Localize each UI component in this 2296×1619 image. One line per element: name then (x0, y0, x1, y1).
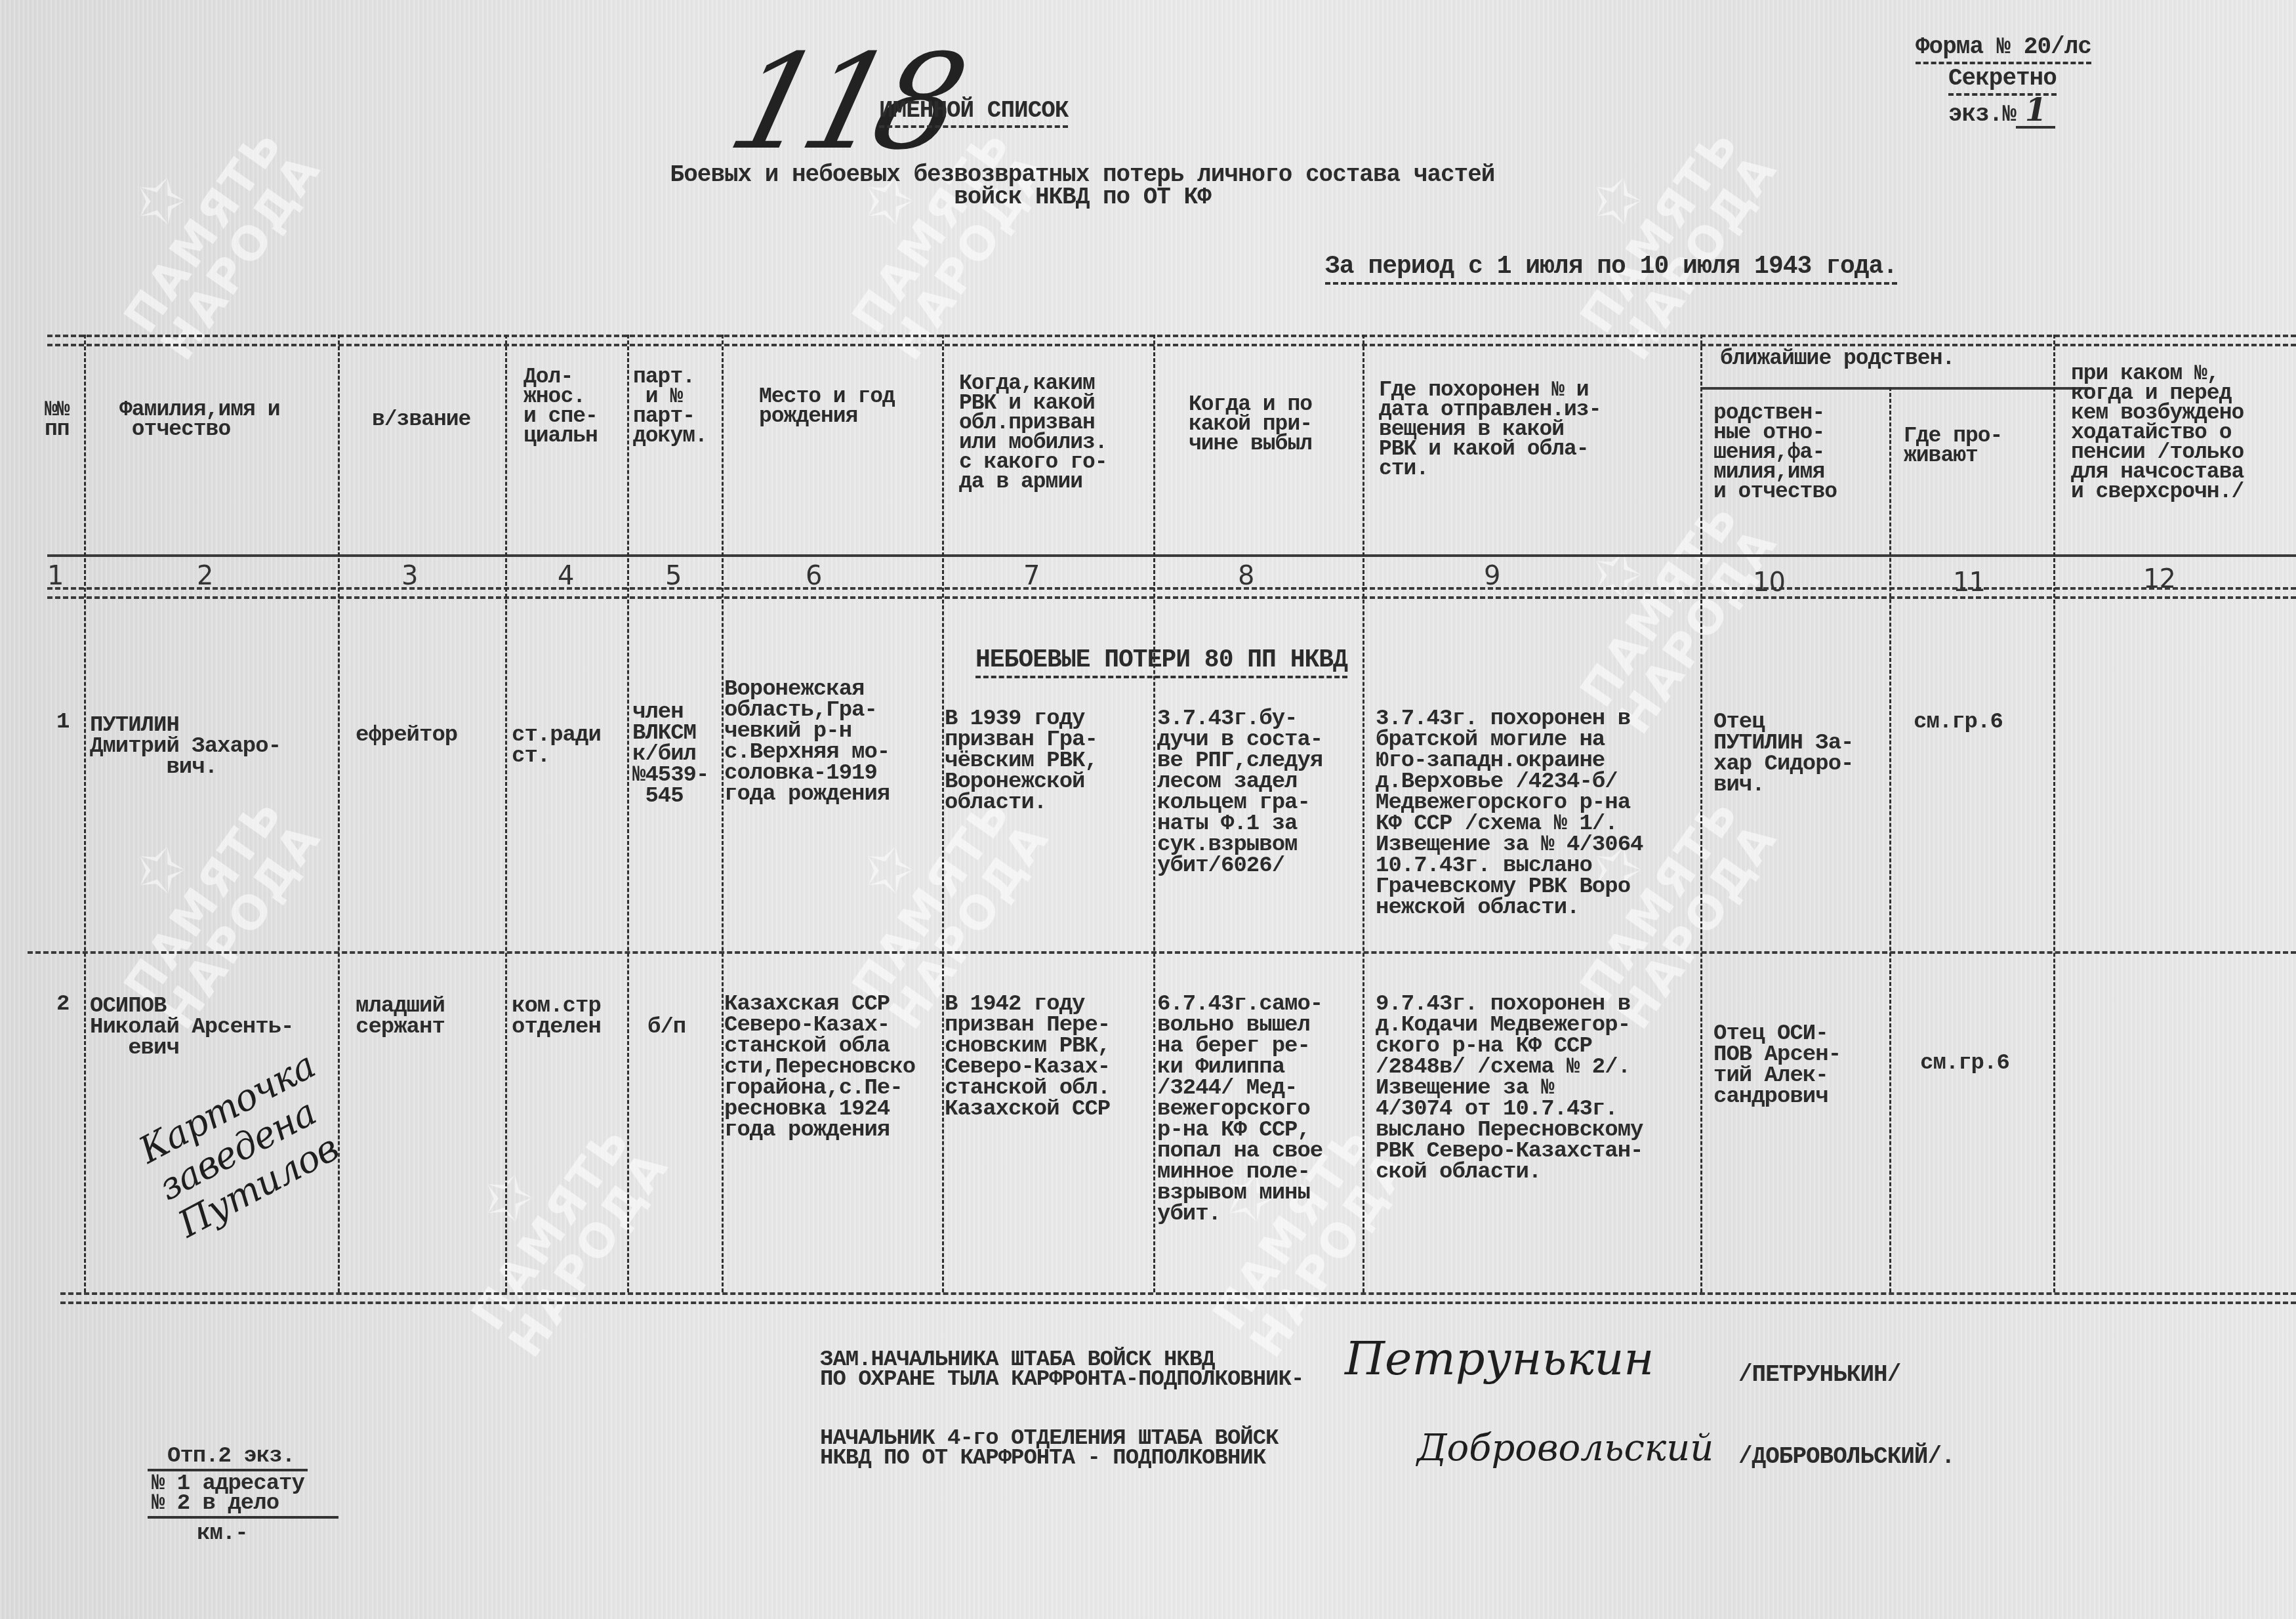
col-number: 4 (558, 561, 573, 591)
watermark: ✩ПАМЯТЬНАРОДА (1524, 85, 1784, 367)
col-number: 3 (401, 561, 417, 591)
handwritten-note: Карточка заведена Путилов (133, 1044, 361, 1246)
row-burial: 9.7.43г. похоронен в д.Кодачи Медвежегор… (1376, 994, 1643, 1183)
row-number: 2 (56, 994, 69, 1015)
star-icon: ✩ (68, 85, 253, 315)
row-position: ком.стр отделен (512, 996, 601, 1038)
distribution-items: № 1 адресату № 2 в дело (148, 1471, 338, 1519)
form-number: Форма № 20/лс (1916, 33, 2091, 64)
row-drafted: В 1939 году призван Гра- чёвским РВК, Во… (945, 708, 1097, 813)
row-residence: см.гр.6 (1914, 712, 2003, 733)
form-block: Форма № 20/лс Секретно экз.№1 (1916, 31, 2091, 131)
row-drafted: В 1942 году призван Пере- сновским РВК, … (945, 994, 1110, 1120)
col-header-number: №№ пп (45, 400, 70, 440)
row-number: 1 (56, 712, 69, 733)
col-header-relative: родствен- ные отно- шения,фа- милия,имя … (1713, 403, 1837, 502)
column-divider (2053, 335, 2055, 1292)
row-reason: 6.7.43г.само- вольно вышел на берег ре- … (1157, 994, 1322, 1225)
distribution-head: Отп.2 экз. (148, 1446, 308, 1471)
col-number: 8 (1238, 561, 1254, 591)
col-header-party: парт. и № парт- докум. (633, 367, 707, 446)
column-divider (1363, 335, 1364, 1292)
table-top-rule (47, 335, 2296, 346)
signer1-signature: Петрунькин (1345, 1332, 1654, 1385)
row-rank: ефрейтор (356, 725, 457, 746)
col-number: 11 (1953, 567, 1985, 598)
column-divider (1153, 335, 1155, 1292)
col-number: 10 (1753, 567, 1785, 598)
row-party: б/п (647, 1017, 686, 1038)
document-title: ИМЕННОЙ СПИСОК (879, 97, 1068, 128)
row-reason: 3.7.43г.бу- дучи в соста- ве РПГ,следуя … (1157, 708, 1322, 876)
col-number: 5 (665, 561, 681, 591)
col-number: 1 (47, 561, 63, 591)
column-divider (84, 335, 86, 1292)
col-header-name: Фамилия,имя и отчество (119, 400, 279, 440)
col-header-position: Дол- жнос. и спе- циальн (523, 367, 598, 446)
col-header-pension: при каком №, когда и перед кем возбужден… (2071, 364, 2244, 502)
signer2-name: /ДОБРОВОЛЬСКИЙ/. (1738, 1443, 1955, 1470)
row-name: ПУТИЛИН Дмитрий Захаро- вич. (90, 715, 281, 778)
column-divider (627, 335, 629, 1292)
column-divider (942, 335, 944, 1292)
header-bottom-rule (47, 554, 2296, 557)
row-relative: Отец ПУТИЛИН За- хар Сидоро- вич. (1713, 712, 1853, 796)
watermark: ✩ПАМЯТЬНАРОДА (68, 85, 328, 367)
row-burial: 3.7.43г. похоронен в братской могиле на … (1376, 708, 1643, 918)
col-number: 7 (1023, 561, 1039, 591)
col-number: 9 (1484, 561, 1500, 591)
reporting-period: За период с 1 июля по 10 июля 1943 года. (1325, 253, 1897, 285)
copy-label: экз.№ (1948, 101, 2016, 128)
distribution-note: Отп.2 экз. № 1 адресату № 2 в дело км.- (148, 1446, 338, 1544)
row-birth: Казахская ССР Северо-Казах- станской обл… (724, 994, 915, 1141)
copy-number: 1 (2016, 94, 2055, 129)
distribution-foot: км.- (148, 1524, 338, 1544)
row-rank: младший сержант (356, 996, 445, 1038)
column-divider (505, 335, 507, 1292)
column-divider (722, 335, 724, 1292)
col-number: 2 (197, 561, 213, 591)
signer1-name: /ПЕТРУНЬКИН/ (1738, 1361, 1900, 1388)
subtitle-line-2: войск НКВД по ОТ КФ (558, 186, 1607, 209)
col-header-drafted: Когда,каким РВК и какой обл.призван или … (959, 374, 1107, 492)
col-header-residence: Где про- живают (1904, 426, 2002, 466)
column-divider (1889, 387, 1891, 1292)
secrecy-label: Секретно (1948, 65, 2057, 96)
row-divider (28, 951, 2296, 954)
col-group-header-relatives: ближайшие родствен. (1720, 349, 1954, 369)
col-number: 12 (2143, 564, 2175, 594)
losses-table: №№ пп Фамилия,имя и отчество в/звание До… (47, 335, 2296, 1302)
signer1-title: ЗАМ.НАЧАЛЬНИКА ШТАБА ВОЙСК НКВД ПО ОХРАН… (820, 1350, 1303, 1389)
col-header-rank: в/звание (372, 410, 470, 430)
col-header-burial: Где похоронен № и дата отправлен.из- вещ… (1379, 380, 1601, 479)
subtitle-line-1: Боевых и небоевых безвозвратных потерь л… (558, 164, 1607, 186)
row-position: ст.ради ст. (512, 725, 601, 767)
distribution-item: № 2 в дело (152, 1494, 338, 1513)
row-birth: Воронежская область,Гра- чевкий р-н с.Ве… (724, 679, 890, 805)
row-name: ОСИПОВ Николай Арсенть- евич (90, 996, 293, 1059)
group-header-rule (1700, 387, 2091, 390)
col-header-reason: Когда и по какой при- чине выбыл (1189, 395, 1312, 454)
row-relative: Отец ОСИ- ПОВ Арсен- тий Алек- сандрович (1713, 1023, 1841, 1107)
col-number: 6 (806, 561, 821, 591)
row-party: член ВЛКСМ к/бил №4539- 545 (632, 702, 708, 807)
signer2-title: НАЧАЛЬНИК 4-го ОТДЕЛЕНИЯ ШТАБА ВОЙСК НКВ… (820, 1429, 1279, 1468)
row-residence: см.гр.6 (1920, 1053, 2009, 1074)
col-header-birth: Место и год рождения (759, 387, 895, 426)
column-divider (1700, 335, 1702, 1292)
signer2-signature: Добровольский (1417, 1427, 1713, 1469)
document-subtitle: Боевых и небоевых безвозвратных потерь л… (558, 164, 1607, 209)
table-bottom-rule (60, 1292, 2296, 1304)
section-title: НЕБОЕВЫЕ ПОТЕРИ 80 ПП НКВД (975, 646, 1347, 678)
